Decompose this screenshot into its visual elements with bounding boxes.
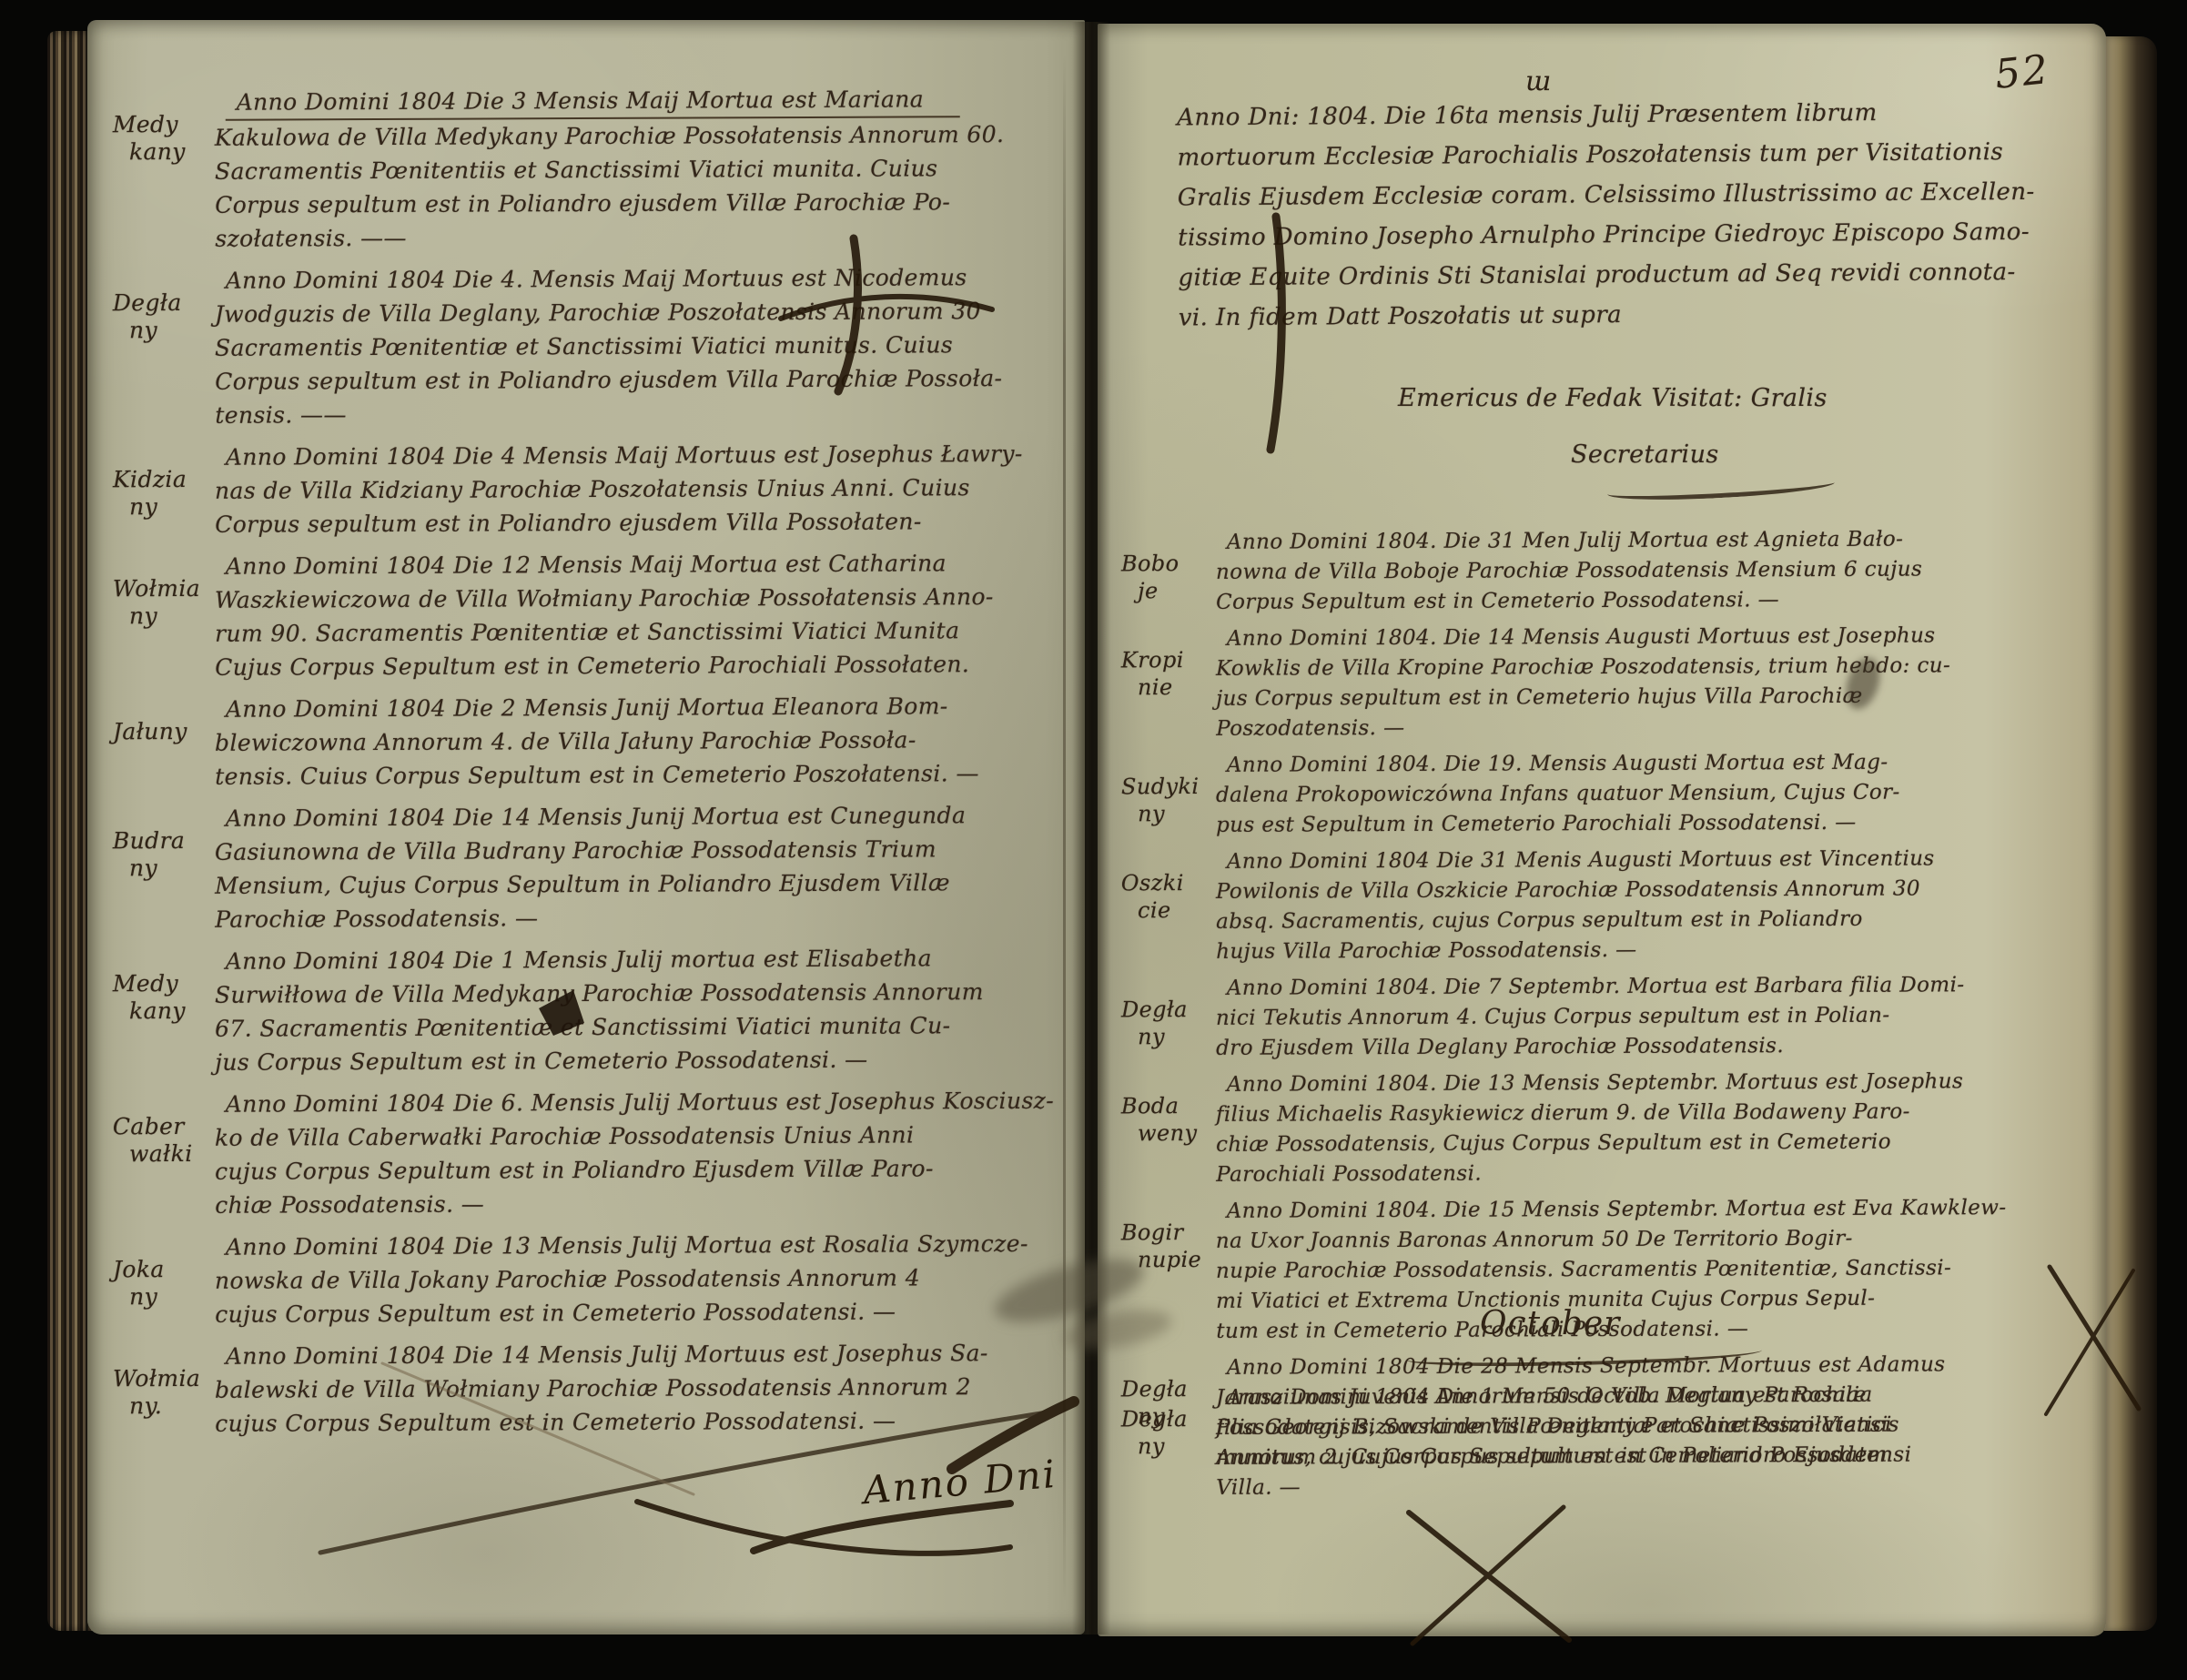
entry-line: Anno Domini 1804 Die 4. Mensis Maij Mort… xyxy=(215,260,1068,298)
entry-line: Powilonis de Villa Oszkicie Parochiæ Pos… xyxy=(1216,874,2093,907)
entry-line: Corpus sepultum est in Poliandro ejusdem… xyxy=(215,185,1068,222)
margin-place-label: Degłany xyxy=(1121,1383,1217,1503)
register-entry: WołmianyAnno Domini 1804 Die 12 Mensis M… xyxy=(113,546,1069,685)
register-entry: BodawenyAnno Domini 1804. Die 13 Mensis … xyxy=(1121,1067,2094,1191)
entry-line: Anno Domini 1804 Die 4 Mensis Maij Mortu… xyxy=(215,437,1068,474)
left-page: MedykanyAnno Domini 1804 Die 3 Mensis Ma… xyxy=(87,20,1085,1634)
entry-text: Anno Domini 1804 Die 4 Mensis Maij Mortu… xyxy=(215,437,1068,541)
margin-place-label: Kidziany xyxy=(113,440,215,541)
entry-text: Anno Domini 1804. Die 15 Mensis Septembr… xyxy=(1216,1193,2094,1347)
register-entry: CaberwałkiAnno Domini 1804 Die 6. Mensis… xyxy=(113,1084,1069,1223)
entry-line: Sacramentis Pœnitentiæ et Sanctissimi Vi… xyxy=(215,328,1068,365)
entry-text: Anno Domini 1804 Die 4. Mensis Maij Mort… xyxy=(215,260,1069,432)
margin-place-label: Degłany xyxy=(113,264,216,432)
right-page-entries-october: DegłanyAnno Domini 1804 Die 1 Mensis Oct… xyxy=(1121,1381,2093,1508)
entry-text: Anno Domini 1804 Die 1 Mensis Julij mort… xyxy=(215,941,1069,1079)
entry-line: Annorum 2. Cujus Corpus sepultum est in … xyxy=(1216,1440,2093,1473)
margin-place-label: Bodaweny xyxy=(1121,1070,1217,1190)
margin-place-label: Caberwałki xyxy=(113,1088,216,1222)
entry-line: ko de Villa Caberwałki Parochiæ Possodat… xyxy=(215,1118,1068,1155)
entry-line: pus est Sepultum in Cemeterio Parochiali… xyxy=(1216,807,2093,841)
entry-line: Corpus sepultum est in Poliandro ejusdem… xyxy=(215,361,1068,399)
entry-line: Cujus Corpus Sepultum est in Cemeterio P… xyxy=(215,647,1068,684)
entry-line: Gasiunowna de Villa Budrany Parochiæ Pos… xyxy=(215,832,1068,869)
entry-line: jus Corpus Sepultum est in Cemeterio Pos… xyxy=(215,1042,1068,1079)
entry-text: Anno Domini 1804 Die 14 Mensis Julij Mor… xyxy=(215,1336,1068,1441)
register-entry: MedykanyAnno Domini 1804 Die 1 Mensis Ju… xyxy=(113,941,1069,1080)
entry-text: Anno Domini 1804 Die 14 Mensis Junij Mor… xyxy=(215,798,1069,936)
register-entry: JałunyAnno Domini 1804 Die 2 Mensis Juni… xyxy=(113,689,1068,794)
margin-place-label: Budrany xyxy=(113,802,216,936)
entry-line: chiæ Possodatensis, Cujus Corpus Sepultu… xyxy=(1216,1127,2093,1160)
entry-line: Anno Domini 1804 Die 6. Mensis Julij Mor… xyxy=(215,1084,1068,1121)
entry-line: filius Michaelis Rasykiewicz dierum 9. d… xyxy=(1216,1097,2093,1130)
entry-text: Anno Domini 1804 Die 31 Menis Augusti Mo… xyxy=(1216,844,2094,967)
entry-line: na Uxor Joannis Baronas Annorum 50 De Te… xyxy=(1216,1223,2093,1257)
entry-line: Anno Domini 1804. Die 15 Mensis Septembr… xyxy=(1216,1193,2093,1227)
entry-line: Anno Domini 1804 Die 12 Mensis Maij Mort… xyxy=(215,546,1068,583)
right-page: 52 ɯ Anno Dni: 1804. Die 16ta mensis Jul… xyxy=(1098,24,2106,1636)
entry-line: Corpus Sepultum est in Cemeterio Possoda… xyxy=(1216,584,2093,618)
left-page-footer-script: Anno Dni xyxy=(861,1452,1058,1513)
entry-line: cujus Corpus Sepultum est in Cemeterio P… xyxy=(215,1294,1068,1331)
visitation-line: mortuorum Ecclesiæ Parochialis Poszołate… xyxy=(1177,132,2082,178)
entry-line: szołatensis. —— xyxy=(215,218,1068,256)
register-entry: DegłanyAnno Domini 1804 Die 4. Mensis Ma… xyxy=(113,260,1069,433)
entry-line: Anno Domini 1804 Die 14 Mensis Julij Mor… xyxy=(215,1336,1068,1373)
entry-line: filia Georgij Bizowski de Villa Deglany … xyxy=(1216,1410,2093,1443)
top-squiggle-mark: ɯ xyxy=(1525,66,1551,97)
entry-line: nas de Villa Kidziany Parochiæ Poszołate… xyxy=(215,471,1068,508)
entry-text: Anno Domini 1804. Die 19. Mensis Augusti… xyxy=(1216,747,2093,841)
entry-line: Surwiłłowa de Villa Medykany Parochiæ Po… xyxy=(215,975,1068,1012)
visitation-line: Anno Dni: 1804. Die 16ta mensis Julij Pr… xyxy=(1177,92,2082,138)
entry-line: Kowklis de Villa Kropine Parochiæ Poszod… xyxy=(1216,651,2093,684)
entry-line: dro Ejusdem Villa Deglany Parochiæ Posso… xyxy=(1216,1030,2093,1064)
visitation-line: gitiæ Equite Ordinis Sti Stanislai produ… xyxy=(1178,252,2083,299)
register-entry: BobojeAnno Domini 1804. Die 31 Men Julij… xyxy=(1121,524,2093,619)
entry-line: Anno Domini 1804 Die 14 Mensis Junij Mor… xyxy=(215,798,1068,835)
entry-line: Mensium, Cujus Corpus Sepultum in Polian… xyxy=(215,865,1068,903)
margin-place-label: Jokany xyxy=(113,1230,215,1331)
visitation-line: Gralis Ejusdem Ecclesiæ coram. Celsissim… xyxy=(1178,172,2083,218)
page-number: 52 xyxy=(1992,46,2051,98)
left-page-entries: MedykanyAnno Domini 1804 Die 3 Mensis Ma… xyxy=(113,84,1068,1447)
entry-line: Anno Domini 1804 Die 3 Mensis Maij Mortu… xyxy=(215,82,1068,121)
margin-place-label: Wołmiany. xyxy=(113,1340,215,1441)
entry-line: Anno Domini 1804 Die 1 Mensis Octob. Mor… xyxy=(1216,1380,2093,1413)
entry-line: tum est in Cemeterio Parochiali Possodat… xyxy=(1216,1313,2093,1347)
register-entry: SudykinyAnno Domini 1804. Die 19. Mensis… xyxy=(1121,747,2093,842)
entry-line: balewski de Villa Wołmiany Parochiæ Poss… xyxy=(215,1370,1068,1407)
entry-line: nowska de Villa Jokany Parochiæ Possodat… xyxy=(215,1260,1068,1298)
entry-line: Anno Domini 1804 Die 31 Menis Augusti Mo… xyxy=(1216,844,2093,877)
signature-flourish xyxy=(1607,472,1836,503)
entry-line: 67. Sacramentis Pœnitentiæ et Sanctissim… xyxy=(215,1008,1068,1046)
secretary-signature: Secretarius xyxy=(1571,440,1719,469)
margin-place-label: Degłany xyxy=(1121,974,1216,1064)
visitation-line: tissimo Domino Josepho Arnulpho Principe… xyxy=(1178,212,2083,258)
entry-line: mi Viatici et Extrema Unctionis munita C… xyxy=(1216,1283,2093,1317)
entry-line: blewiczowna Annorum 4. de Villa Jałuny P… xyxy=(215,723,1068,760)
entry-text: Anno Domini 1804. Die 31 Men Julij Mortu… xyxy=(1216,524,2093,618)
margin-place-label: Medykany xyxy=(113,945,216,1079)
entry-line: Anno Domini 1804 Die 1 Mensis Julij mort… xyxy=(215,941,1068,978)
margin-place-label: Sudykiny xyxy=(1121,751,1216,841)
margin-place-label: Boboje xyxy=(1121,528,1216,618)
entry-line: absq. Sacramentis, cujus Corpus sepultum… xyxy=(1216,904,2093,937)
register-entry: MedykanyAnno Domini 1804 Die 3 Mensis Ma… xyxy=(113,82,1069,257)
entry-line: nowna de Villa Boboje Parochiæ Possodate… xyxy=(1216,554,2093,588)
entry-text: Anno Domini 1804 Die 2 Mensis Junij Mort… xyxy=(215,689,1068,794)
margin-place-label: Oszkicie xyxy=(1121,847,1217,967)
entry-line: cujus Corpus Sepultum est in Cemeterio P… xyxy=(215,1403,1068,1441)
entry-line: Anno Domini 1804. Die 31 Men Julij Mortu… xyxy=(1216,524,2093,558)
entry-text: Anno Domini 1804 Die 12 Mensis Maij Mort… xyxy=(215,546,1069,684)
visitation-note: Anno Dni: 1804. Die 16ta mensis Julij Pr… xyxy=(1177,92,2084,339)
entry-line: tensis. Cuius Corpus Sepultum est in Cem… xyxy=(215,756,1068,794)
visitator-signature: Emericus de Fedak Visitat: Gralis xyxy=(1398,384,1828,412)
entry-text: Anno Domini 1804. Die 14 Mensis Augusti … xyxy=(1216,621,2094,744)
entry-text: Anno Domini 1804. Die 7 Septembr. Mortua… xyxy=(1216,970,2093,1064)
margin-place-label: Kropinie xyxy=(1121,624,1217,744)
entry-line: Jwodguzis de Villa Deglany, Parochiæ Pos… xyxy=(215,294,1068,331)
entry-line: Corpus sepultum est in Poliandro ejusdem… xyxy=(215,504,1068,541)
margin-place-label: Jałuny xyxy=(113,693,215,794)
entry-line: Villa. — xyxy=(1216,1470,2093,1503)
entry-text: Anno Domini 1804. Die 13 Mensis Septembr… xyxy=(1216,1067,2094,1190)
entry-line: chiæ Possodatensis. — xyxy=(215,1185,1068,1222)
entry-line: Anno Domini 1804. Die 14 Mensis Augusti … xyxy=(1216,621,2093,654)
month-header-october: October xyxy=(1480,1305,1620,1342)
register-entry: DegłanyAnno Domini 1804 Die 1 Mensis Oct… xyxy=(1121,1380,2094,1504)
book-gutter-shadow xyxy=(1072,22,1110,1634)
register-entry: DegłanyAnno Domini 1804. Die 7 Septembr.… xyxy=(1121,970,2093,1065)
entry-line: hujus Villa Parochiæ Possodatensis. — xyxy=(1216,934,2093,967)
entry-line: jus Corpus sepultum est in Cemeterio huj… xyxy=(1216,681,2093,714)
entry-line: cujus Corpus Sepultum est in Poliandro E… xyxy=(215,1151,1068,1189)
register-entry: KropinieAnno Domini 1804. Die 14 Mensis … xyxy=(1121,621,2094,745)
register-entry: BudranyAnno Domini 1804 Die 14 Mensis Ju… xyxy=(113,798,1069,937)
entry-line: Anno Domini 1804. Die 19. Mensis Augusti… xyxy=(1216,747,2093,781)
visitation-line: vi. In fidem Datt Poszołatis ut supra xyxy=(1179,292,2084,339)
entry-line: Waszkiewiczowa de Villa Wołmiany Parochi… xyxy=(215,580,1068,617)
entry-line: Poszodatensis. — xyxy=(1216,711,2093,744)
entry-text: Anno Domini 1804 Die 6. Mensis Julij Mor… xyxy=(215,1084,1069,1222)
entry-line: Anno Domini 1804. Die 7 Septembr. Mortua… xyxy=(1216,970,2093,1004)
entry-text: Anno Domini 1804 Die 13 Mensis Julij Mor… xyxy=(215,1227,1068,1331)
entry-line: nici Tekutis Annorum 4. Cujus Corpus sep… xyxy=(1216,1000,2093,1034)
page-crease xyxy=(1063,55,1066,1602)
entry-line: Parochiæ Possodatensis. — xyxy=(215,899,1068,936)
entry-line: Parochiali Possodatensi. xyxy=(1216,1157,2093,1190)
entry-line: Sacramentis Pœnitentiis et Sanctissimi V… xyxy=(215,151,1068,188)
register-book-scan: MedykanyAnno Domini 1804 Die 3 Mensis Ma… xyxy=(0,0,2187,1680)
register-entry: KidzianyAnno Domini 1804 Die 4 Mensis Ma… xyxy=(113,437,1068,542)
register-entry: Wołmiany.Anno Domini 1804 Die 14 Mensis … xyxy=(113,1336,1068,1442)
entry-line: nupie Parochiæ Possodatensis. Sacramenti… xyxy=(1216,1253,2093,1287)
entry-line: Anno Domini 1804 Die 13 Mensis Julij Mor… xyxy=(215,1227,1068,1264)
entry-line: Anno Domini 1804. Die 13 Mensis Septembr… xyxy=(1216,1067,2093,1100)
entry-line: rum 90. Sacramentis Pœnitentiæ et Sancti… xyxy=(215,613,1068,651)
right-page-edges xyxy=(2104,36,2157,1631)
entry-line: dalena Prokopowiczówna Infans quatuor Me… xyxy=(1216,777,2093,811)
margin-place-label: Medykany xyxy=(113,86,216,256)
margin-place-label: Wołmiany xyxy=(113,550,216,684)
register-entry: OszkicieAnno Domini 1804 Die 31 Menis Au… xyxy=(1121,844,2094,968)
entry-line: Kakulowa de Villa Medykany Parochiæ Poss… xyxy=(215,117,1068,155)
register-entry: JokanyAnno Domini 1804 Die 13 Mensis Jul… xyxy=(113,1227,1068,1332)
entry-line: tensis. —— xyxy=(215,395,1068,432)
entry-text: Anno Domini 1804 Die 3 Mensis Maij Mortu… xyxy=(215,82,1069,256)
entry-text: Anno Domini 1804 Die 1 Mensis Octob. Mor… xyxy=(1216,1380,2094,1503)
entry-line: Anno Domini 1804 Die 2 Mensis Junij Mort… xyxy=(215,689,1068,726)
